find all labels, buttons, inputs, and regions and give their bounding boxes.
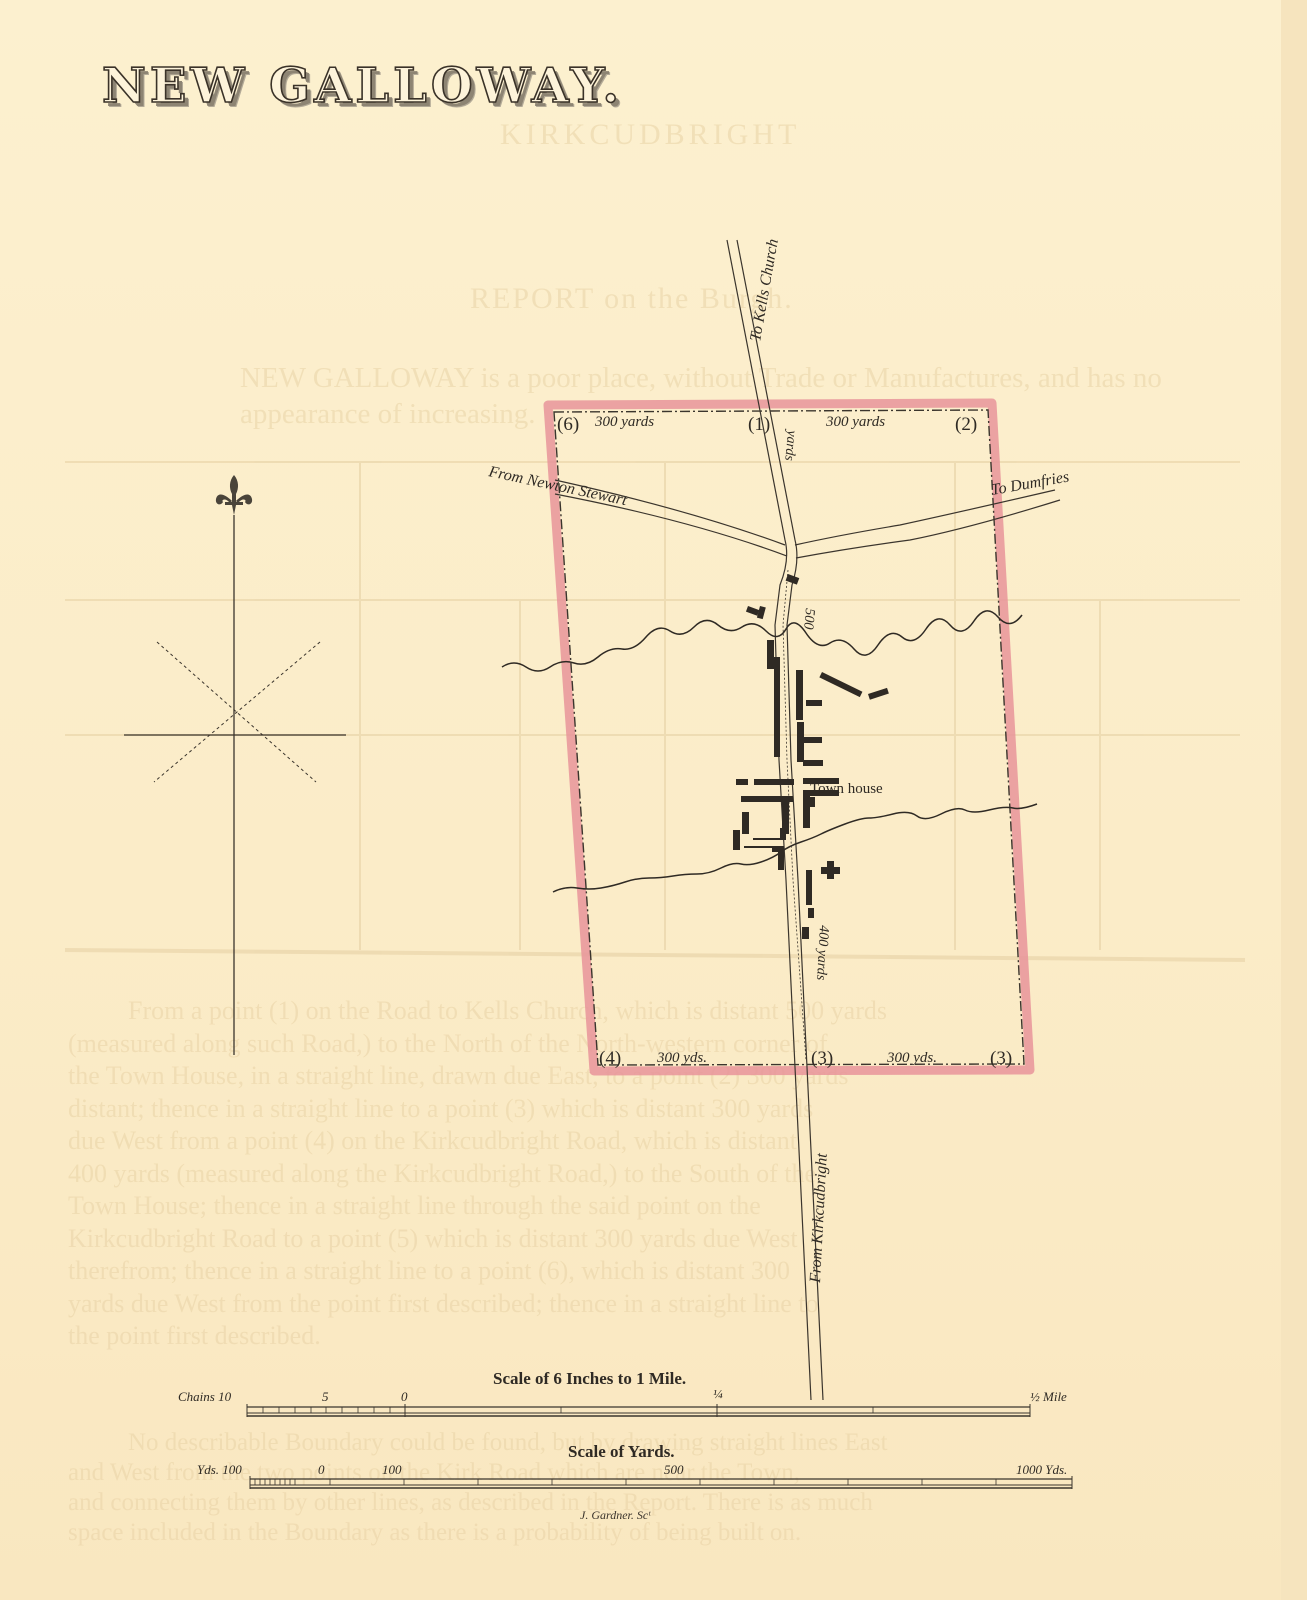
point-4-label: (3) bbox=[811, 1048, 833, 1069]
scale-miles-title: Scale of 6 Inches to 1 Mile. bbox=[493, 1369, 686, 1389]
scale-miles-tick: 5 bbox=[322, 1389, 329, 1405]
scale-yards-tick: 1000 Yds. bbox=[1016, 1462, 1067, 1478]
map-drawing: (6) 300 yards (1) 300 yards (2) (4) 300 … bbox=[0, 0, 1307, 1600]
town-house-label: Town house bbox=[810, 781, 883, 797]
point-3-label: (3) bbox=[990, 1048, 1012, 1069]
point-6-label: (6) bbox=[557, 414, 579, 435]
scale-yards-tick: Yds. 100 bbox=[197, 1462, 242, 1478]
distance-top-left: 300 yards bbox=[594, 414, 654, 430]
point-2-label: (2) bbox=[955, 414, 977, 435]
scale-miles-tick: Chains 10 bbox=[178, 1389, 231, 1405]
point-1-label: (1) bbox=[748, 414, 770, 435]
distance-north-road-number: 500 bbox=[800, 608, 817, 630]
distance-bottom-left: 300 yds. bbox=[656, 1050, 707, 1066]
fleur-de-lis-icon bbox=[216, 475, 252, 515]
scale-yards-tick: 500 bbox=[664, 1462, 684, 1478]
scale-miles-tick: ¼ bbox=[713, 1386, 723, 1402]
road-dumfries bbox=[795, 490, 1060, 558]
bleed-table-grid bbox=[65, 462, 1245, 960]
scale-yards-tick: 100 bbox=[382, 1462, 402, 1478]
scale-bar-yards bbox=[250, 1476, 1072, 1489]
scale-miles-tick: 0 bbox=[401, 1389, 408, 1405]
scale-yards-tick: 0 bbox=[318, 1462, 325, 1478]
distance-north-road: yards bbox=[781, 428, 799, 462]
scale-miles-tick: ½ Mile bbox=[1030, 1389, 1067, 1405]
distance-top-right: 300 yards bbox=[825, 414, 885, 430]
road-label-north: To Kells Church bbox=[747, 238, 782, 343]
cross-icon bbox=[821, 861, 840, 879]
road-label-south: From Kirkcudbright bbox=[807, 1152, 831, 1284]
point-5-label: (4) bbox=[599, 1048, 621, 1069]
distance-south-road: 400 yards bbox=[813, 925, 831, 981]
scale-yards-title: Scale of Yards. bbox=[568, 1442, 675, 1462]
distance-bottom-right: 300 yds. bbox=[886, 1050, 937, 1066]
engraver-credit: J. Gardner. Scᵗ bbox=[580, 1508, 650, 1523]
scale-bar-miles bbox=[247, 1404, 1030, 1417]
compass-rose bbox=[124, 515, 346, 1055]
road-label-east: To Dumfries bbox=[990, 468, 1071, 498]
